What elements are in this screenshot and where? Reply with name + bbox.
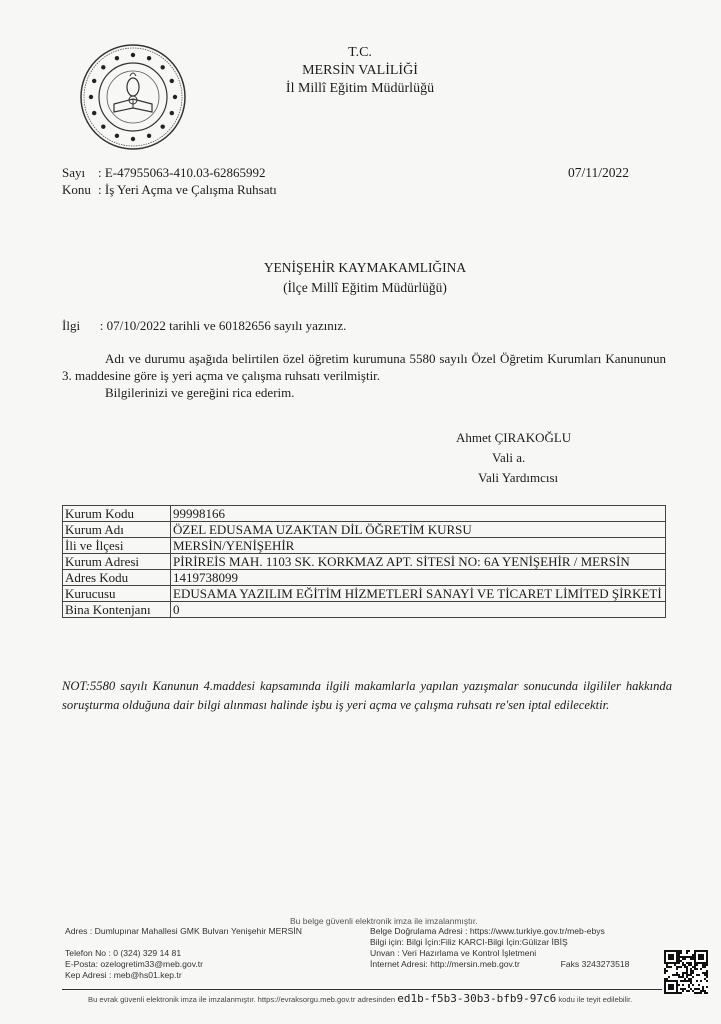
header-directorate: İl Millî Eğitim Müdürlüğü [200,80,520,98]
field-label: Kurum Kodu [63,506,171,522]
field-value: EDUSAMA YAZILIM EĞİTİM HİZMETLERİ SANAYİ… [171,586,666,602]
table-row: Kurum Kodu99998166 [63,506,666,522]
header-governorship: MERSİN VALİLİĞİ [200,62,520,80]
verify-prefix: Bu evrak güvenli elektronik imza ile imz… [88,995,395,1004]
footer-phone: Telefon No : 0 (324) 329 14 81 [65,948,365,959]
meb-seal-icon [78,42,188,152]
field-label: Bina Kontenjanı [63,602,171,618]
field-label: Kurum Adresi [63,554,171,570]
footer-divider [62,989,662,990]
addressee-line1: YENİŞEHİR KAYMAKAMLIĞINA [200,258,530,278]
footer-email[interactable]: E-Posta: ozelogretim33@meb.gov.tr [65,959,365,970]
footer-fax: Faks 3243273518 [561,959,630,969]
field-value: PİRİREİS MAH. 1103 SK. KORKMAZ APT. SİTE… [171,554,666,570]
footer-unvan: Unvan : Veri Hazırlama ve Kontrol İşletm… [370,948,670,959]
addressee-line2: (İlçe Millî Eğitim Müdürlüğü) [200,278,530,298]
table-row: Bina Kontenjanı0 [63,602,666,618]
konu-label: Konu [62,182,98,198]
qr-code-icon [664,950,708,994]
table-row: Adres Kodu1419738099 [63,570,666,586]
letterhead: T.C. MERSİN VALİLİĞİ İl Millî Eğitim Müd… [200,44,520,98]
field-label: Kurucusu [63,586,171,602]
footer-web[interactable]: İnternet Adresi: http://mersin.meb.gov.t… [370,959,520,969]
field-label: Adres Kodu [63,570,171,586]
document-date: 07/11/2022 [568,165,629,181]
subject-row: Konu: İş Yeri Açma ve Çalışma Ruhsatı [62,182,277,198]
signer-role: Vali a. [456,448,626,468]
verification-line: Bu evrak güvenli elektronik imza ile imz… [88,992,632,1005]
field-label: İli ve İlçesi [63,538,171,554]
letter-body: Adı ve durumu aşağıda belirtilen özel öğ… [62,350,666,401]
footer-contact: Adres : Dumlupınar Mahallesi GMK Bulvarı… [65,926,365,981]
header-tc: T.C. [200,44,520,62]
institution-info-table: Kurum Kodu99998166Kurum AdıÖZEL EDUSAMA … [62,505,666,618]
table-row: Kurum AdresiPİRİREİS MAH. 1103 SK. KORKM… [63,554,666,570]
addressee: YENİŞEHİR KAYMAKAMLIĞINA (İlçe Millî Eği… [200,258,530,298]
field-value: MERSİN/YENİŞEHİR [171,538,666,554]
sayi-label: Sayı [62,165,98,181]
reference-row: İlgi : 07/10/2022 tarihli ve 60182656 sa… [62,318,346,334]
footer-address: Adres : Dumlupınar Mahallesi GMK Bulvarı… [65,926,365,937]
footer-verify-address[interactable]: Belge Doğrulama Adresi : https://www.tur… [370,926,670,937]
field-value: 0 [171,602,666,618]
konu-value: : İş Yeri Açma ve Çalışma Ruhsatı [98,182,277,197]
table-row: Kurum AdıÖZEL EDUSAMA UZAKTAN DİL ÖĞRETİ… [63,522,666,538]
ilgi-label: İlgi [62,318,90,334]
body-paragraph-1: Adı ve durumu aşağıda belirtilen özel öğ… [62,350,666,384]
table-row: KurucusuEDUSAMA YAZILIM EĞİTİM HİZMETLER… [63,586,666,602]
verify-code: ed1b-f5b3-30b3-bfb9-97c6 [397,992,556,1005]
signature-block: Ahmet ÇIRAKOĞLU Vali a. Vali Yardımcısı [456,428,626,488]
field-value: 99998166 [171,506,666,522]
esign-notice: Bu belge güvenli elektronik imza ile imz… [290,916,478,926]
field-label: Kurum Adı [63,522,171,538]
footer-verification: Belge Doğrulama Adresi : https://www.tur… [370,926,670,970]
table-row: İli ve İlçesiMERSİN/YENİŞEHİR [63,538,666,554]
verify-suffix: kodu ile teyit edilebilir. [558,995,632,1004]
sayi-value: : E-47955063-410.03-62865992 [98,165,266,180]
field-value: ÖZEL EDUSAMA UZAKTAN DİL ÖĞRETİM KURSU [171,522,666,538]
footer-kep[interactable]: Kep Adresi : meb@hs01.kep.tr [65,970,365,981]
document-number-row: Sayı: E-47955063-410.03-62865992 [62,165,266,181]
footer-info-contact: Bilgi için: Bilgi İçin:Filiz KARCI-Bilgi… [370,937,670,948]
ilgi-value: : 07/10/2022 tarihli ve 60182656 sayılı … [100,318,347,333]
body-paragraph-2: Bilgilerinizi ve gereğini rica ederim. [62,384,666,401]
legal-note: NOT:5580 sayılı Kanunun 4.maddesi kapsam… [62,677,672,715]
signer-title: Vali Yardımcısı [456,468,626,488]
signer-name: Ahmet ÇIRAKOĞLU [456,428,626,448]
field-value: 1419738099 [171,570,666,586]
